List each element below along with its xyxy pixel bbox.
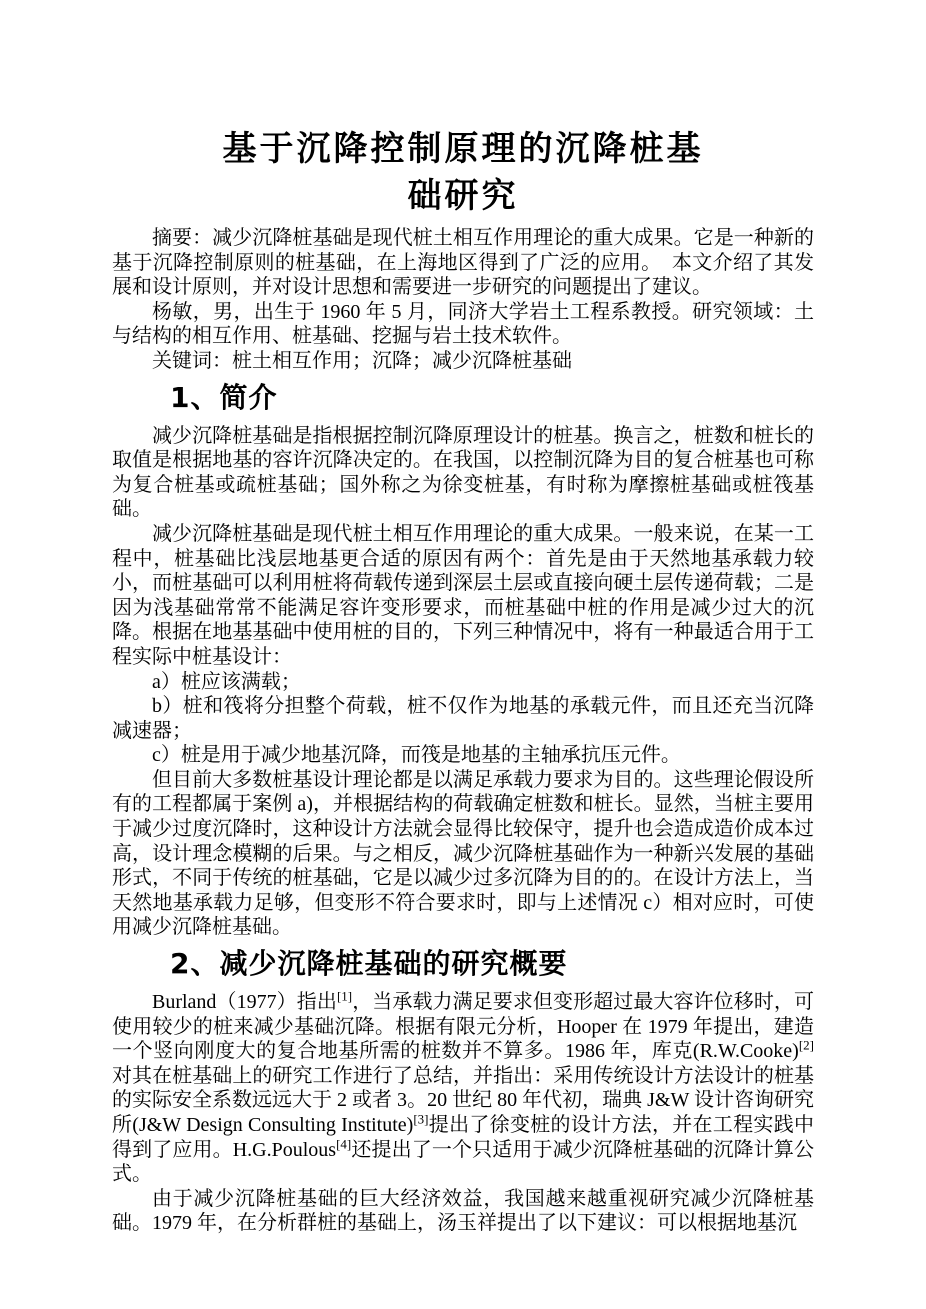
- section-1-paragraph-3: 但目前大多数桩基设计理论都是以满足承载力要求为目的。这些理论假设所有的工程都属于…: [112, 768, 814, 940]
- section-2-paragraph-1: Burland（1977）指出[1]，当承载力满足要求但变形超过最大容许位移时，…: [112, 990, 814, 1187]
- list-item-c: c）桩是用于减少地基沉降，而筏是地基的主轴承抗压元件。: [112, 743, 814, 768]
- title-line-2: 础研究: [112, 173, 814, 220]
- abstract-paragraph: 摘要：减少沉降桩基础是现代桩土相互作用理论的重大成果。它是一种新的基于沉降控制原…: [112, 226, 814, 300]
- section-1-paragraph-2: 减少沉降桩基础是现代桩土相互作用理论的重大成果。一般来说，在某一工程中，桩基础比…: [112, 522, 814, 670]
- author-bio-paragraph: 杨敏，男，出生于 1960 年 5 月，同济大学岩土工程系教授。研究领域：土与结…: [112, 300, 814, 349]
- list-item-a: a）桩应该满载；: [112, 670, 814, 695]
- reference-marker-3: [3]: [413, 1111, 428, 1126]
- list-item-b: b）桩和筏将分担整个荷载，桩不仅作为地基的承载元件，而且还充当沉降减速器；: [112, 694, 814, 743]
- section-2-paragraph-2: 由于减少沉降桩基础的巨大经济效益，我国越来越重视研究减少沉降桩基础。1979 年…: [112, 1187, 814, 1236]
- section-1-heading: 1、简介: [170, 382, 814, 414]
- section-1-paragraph-1: 减少沉降桩基础是指根据控制沉降原理设计的桩基。换言之，桩数和桩长的取值是根据地基…: [112, 424, 814, 522]
- reference-marker-2: [2]: [799, 1038, 814, 1053]
- document-title: 基于沉降控制原理的沉降桩基 础研究: [112, 126, 814, 220]
- section-2-heading: 2、减少沉降桩基础的研究概要: [170, 948, 814, 980]
- text-segment: Burland（1977）指出: [152, 991, 337, 1013]
- reference-marker-4: [4]: [336, 1136, 351, 1151]
- keywords-paragraph: 关键词：桩土相互作用；沉降；减少沉降桩基础: [112, 349, 814, 374]
- reference-marker-1: [1]: [337, 988, 352, 1003]
- document-page: 基于沉降控制原理的沉降桩基 础研究 摘要：减少沉降桩基础是现代桩土相互作用理论的…: [0, 0, 926, 1309]
- title-line-1: 基于沉降控制原理的沉降桩基: [112, 126, 814, 173]
